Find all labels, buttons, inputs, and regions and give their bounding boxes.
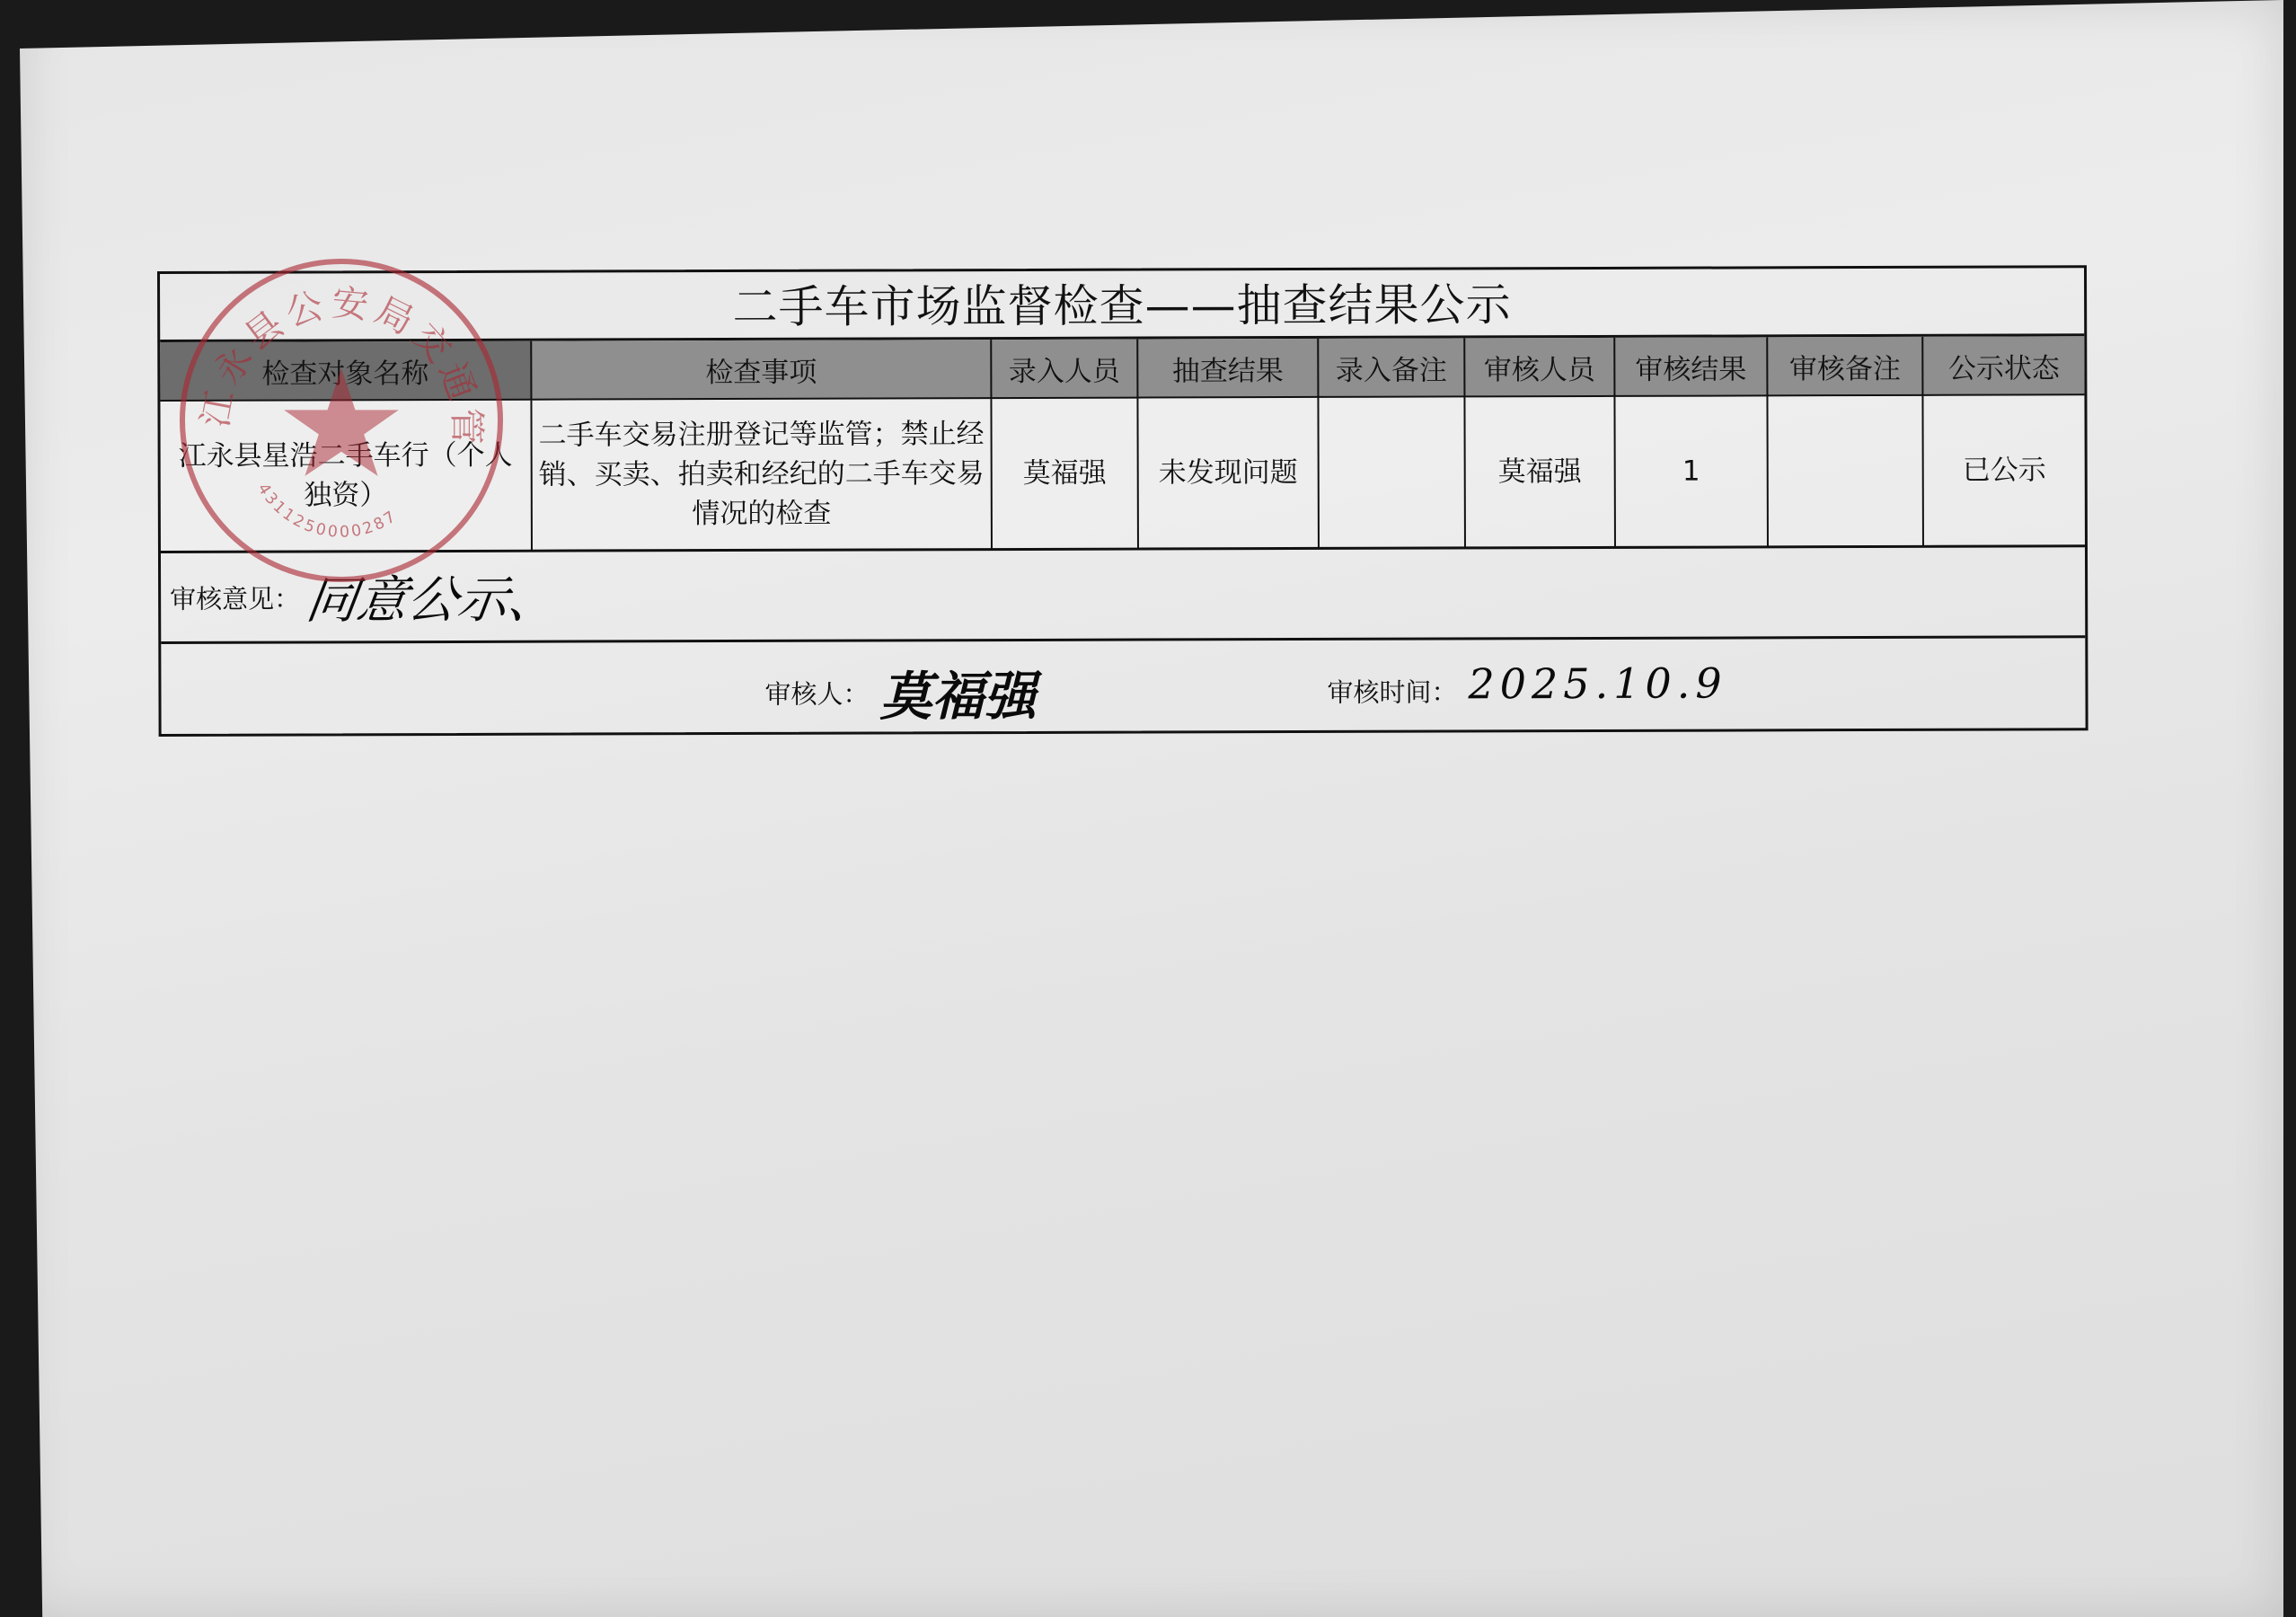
cell-inspection-item: 二手车交易注册登记等监管；禁止经销、买卖、拍卖和经纪的二手车交易情况的检查 — [531, 398, 992, 551]
header-entry-note: 录入备注 — [1318, 338, 1464, 397]
cell-check-result: 未发现问题 — [1137, 397, 1319, 549]
cell-entry-note — [1318, 396, 1465, 548]
reviewer-label: 审核人： — [764, 675, 869, 711]
header-check-result: 抽查结果 — [1137, 339, 1318, 398]
inspection-result-form: 二手车市场监督检查——抽查结果公示 检查对象名称 检查事项 录入人员 抽查结果 … — [157, 265, 2088, 737]
header-review-result: 审核结果 — [1614, 337, 1767, 396]
cell-publicity-status: 已公示 — [1922, 394, 2085, 546]
cell-review-note — [1767, 395, 1923, 547]
header-inspected-object: 检查对象名称 — [160, 341, 531, 401]
header-publicity-status: 公示状态 — [1922, 336, 2084, 395]
review-opinion-handwriting: 同意公示、 — [303, 561, 564, 633]
review-opinion-label: 审核意见： — [170, 579, 300, 615]
cell-inspected-object: 江永县星浩二手车行（个人独资） — [160, 400, 532, 552]
signature-row: 审核人： 莫福强 审核时间： 2025.10.9 — [161, 635, 2085, 734]
paper-sheet — [20, 0, 2283, 1617]
header-review-note: 审核备注 — [1767, 337, 1922, 396]
review-time-handwriting: 2025.10.9 — [1468, 659, 1726, 709]
header-inspection-item: 检查事项 — [531, 340, 991, 400]
review-opinion-row: 审核意见： 同意公示、 — [161, 545, 2085, 641]
results-table: 检查对象名称 检查事项 录入人员 抽查结果 录入备注 审核人员 审核结果 审核备… — [160, 336, 2085, 552]
form-title: 二手车市场监督检查——抽查结果公示 — [160, 268, 2084, 342]
table-row: 江永县星浩二手车行（个人独资） 二手车交易注册登记等监管；禁止经销、买卖、拍卖和… — [160, 394, 2085, 552]
cell-review-result: 1 — [1614, 395, 1768, 547]
header-entry-staff: 录入人员 — [991, 340, 1137, 399]
header-reviewer: 审核人员 — [1464, 338, 1614, 397]
review-time-label: 审核时间： — [1327, 672, 1457, 709]
cell-entry-staff: 莫福强 — [991, 398, 1138, 550]
cell-reviewer: 莫福强 — [1464, 396, 1615, 548]
reviewer-signature: 莫福强 — [879, 654, 1036, 730]
table-header-row: 检查对象名称 检查事项 录入人员 抽查结果 录入备注 审核人员 审核结果 审核备… — [160, 336, 2084, 401]
